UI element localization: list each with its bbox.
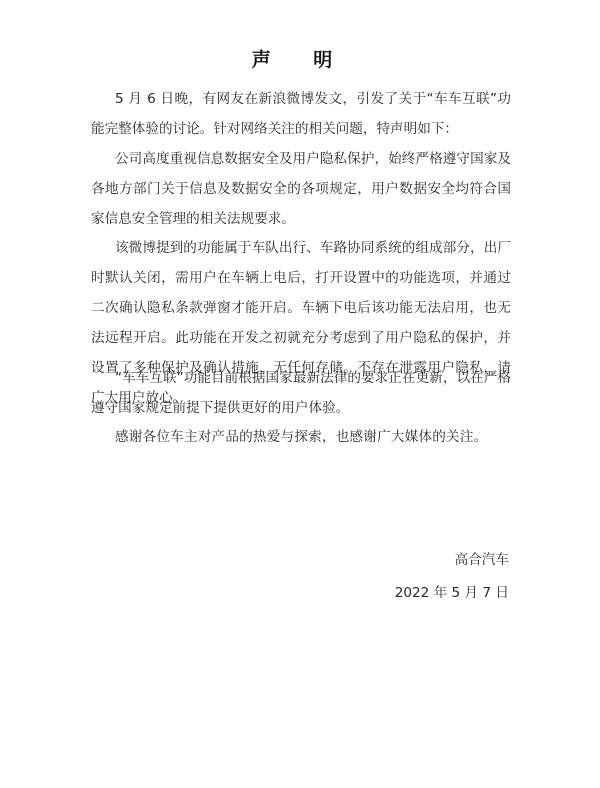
signature-company: 高合汽车 xyxy=(455,548,509,572)
document-title: 声 明 xyxy=(91,46,511,74)
paragraph-thanks: 感谢各位车主对产品的热爱与探索，也感谢广大媒体的关注。 xyxy=(91,422,511,452)
signature-date: 2022 年 5 月 7 日 xyxy=(395,581,509,605)
paragraph-data-security: 公司高度重视信息数据安全及用户隐私保护，始终严格遵守国家及各地方部门关于信息及数… xyxy=(91,144,511,234)
paragraph-feature-update: “车车互联”功能目前根据国家最新法律的要求正在更新，以在严格遵守国家规定前提下提… xyxy=(91,363,511,423)
paragraph-intro: 5 月 6 日晚，有网友在新浪微博发文，引发了关于“车车互联”功能完整体验的讨论… xyxy=(91,84,511,144)
